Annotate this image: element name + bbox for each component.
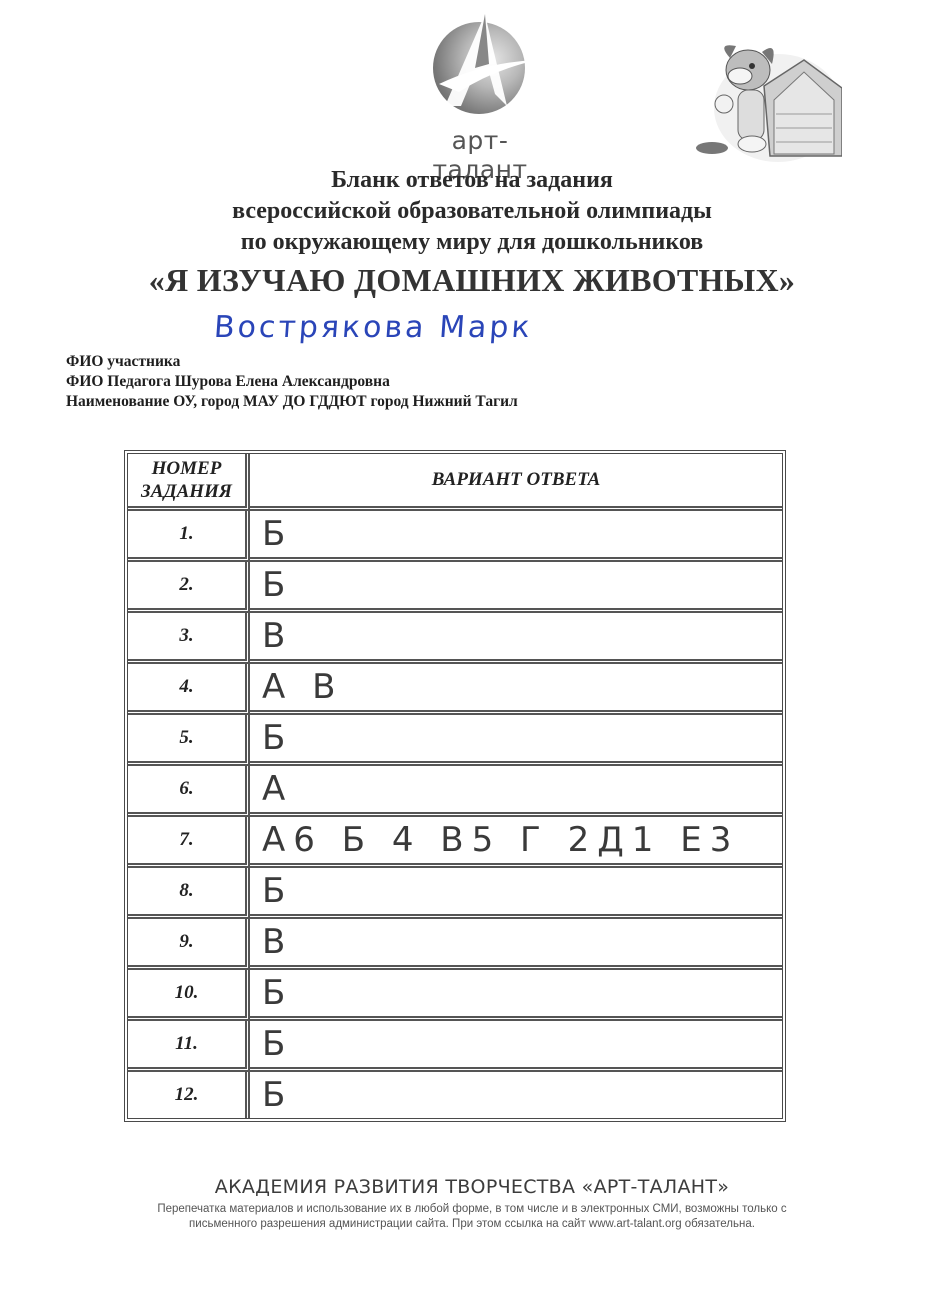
task-number: 6. (128, 766, 250, 817)
table-row: 4.А В (128, 664, 782, 715)
participant-info: ФИО участника Вострякова Марк ФИО Педаго… (66, 330, 518, 412)
handwritten-answer: А В (250, 664, 782, 715)
handwritten-answer: Б (250, 1021, 782, 1072)
table-row: 1.Б (128, 511, 782, 562)
teacher-row: ФИО Педагога Шурова Елена Александровна (66, 372, 518, 392)
footer-title: АКАДЕМИЯ РАЗВИТИЯ ТВОРЧЕСТВА «АРТ-ТАЛАНТ… (0, 1176, 944, 1198)
handwritten-answer: Б (250, 715, 782, 766)
table-row: 7.А6 Б 4 В5 Г 2Д1 Е3 (128, 817, 782, 868)
title-line-2: всероссийской образовательной олимпиады (0, 196, 944, 227)
task-number: 10. (128, 970, 250, 1021)
table-row: 3.В (128, 613, 782, 664)
header-task-number-line2: ЗАДАНИЯ (141, 481, 232, 502)
footer: АКАДЕМИЯ РАЗВИТИЯ ТВОРЧЕСТВА «АРТ-ТАЛАНТ… (0, 1176, 944, 1232)
task-number: 5. (128, 715, 250, 766)
handwritten-answer: Б (250, 562, 782, 613)
table-header-row: НОМЕР ЗАДАНИЯ ВАРИАНТ ОТВЕТА (128, 454, 782, 511)
organization-row: Наименование ОУ, город МАУ ДО ГДДЮТ горо… (66, 392, 518, 412)
title-line-3: по окружающему миру для дошкольников (0, 227, 944, 258)
handwritten-answer: В (250, 919, 782, 970)
footer-note-line2: письменного разрешения администрации сай… (189, 1218, 755, 1230)
header-answer-variant: ВАРИАНТ ОТВЕТА (250, 454, 782, 511)
handwritten-answer: Б (250, 511, 782, 562)
task-number: 7. (128, 817, 250, 868)
participant-row: ФИО участника Вострякова Марк (66, 352, 518, 372)
footer-note-line1: Перепечатка материалов и использование и… (157, 1203, 786, 1215)
art-talant-logo-icon (415, 10, 545, 120)
task-number: 4. (128, 664, 250, 715)
art-talant-logo: арт-талант (415, 10, 545, 160)
header-task-number-line1: НОМЕР (152, 458, 222, 479)
handwritten-answer: Б (250, 1072, 782, 1118)
footer-copyright-note: Перепечатка материалов и использование и… (0, 1202, 944, 1232)
table-row: 5.Б (128, 715, 782, 766)
participant-name-handwritten: Вострякова Марк (213, 318, 533, 338)
task-number: 12. (128, 1072, 250, 1118)
table-row: 11.Б (128, 1021, 782, 1072)
task-number: 2. (128, 562, 250, 613)
document-title: Бланк ответов на задания всероссийской о… (0, 165, 944, 300)
participant-label: ФИО участника (66, 353, 180, 370)
task-number: 3. (128, 613, 250, 664)
handwritten-answer: Б (250, 868, 782, 919)
dog-with-kennel-illustration (686, 36, 842, 166)
title-line-1: Бланк ответов на задания (0, 165, 944, 196)
task-number: 8. (128, 868, 250, 919)
task-number: 11. (128, 1021, 250, 1072)
task-number: 1. (128, 511, 250, 562)
answer-table: НОМЕР ЗАДАНИЯ ВАРИАНТ ОТВЕТА 1.Б2.Б3.В4.… (124, 450, 786, 1122)
olympiad-name: «Я ИЗУЧАЮ ДОМАШНИХ ЖИВОТНЫХ» (0, 260, 944, 300)
table-row: 12.Б (128, 1072, 782, 1118)
table-row: 9.В (128, 919, 782, 970)
table-row: 6.А (128, 766, 782, 817)
header-task-number: НОМЕР ЗАДАНИЯ (128, 454, 250, 511)
table-row: 10.Б (128, 970, 782, 1021)
handwritten-answer: В (250, 613, 782, 664)
handwritten-answer: А6 Б 4 В5 Г 2Д1 Е3 (250, 817, 782, 868)
table-row: 8.Б (128, 868, 782, 919)
table-row: 2.Б (128, 562, 782, 613)
task-number: 9. (128, 919, 250, 970)
handwritten-answer: Б (250, 970, 782, 1021)
handwritten-answer: А (250, 766, 782, 817)
